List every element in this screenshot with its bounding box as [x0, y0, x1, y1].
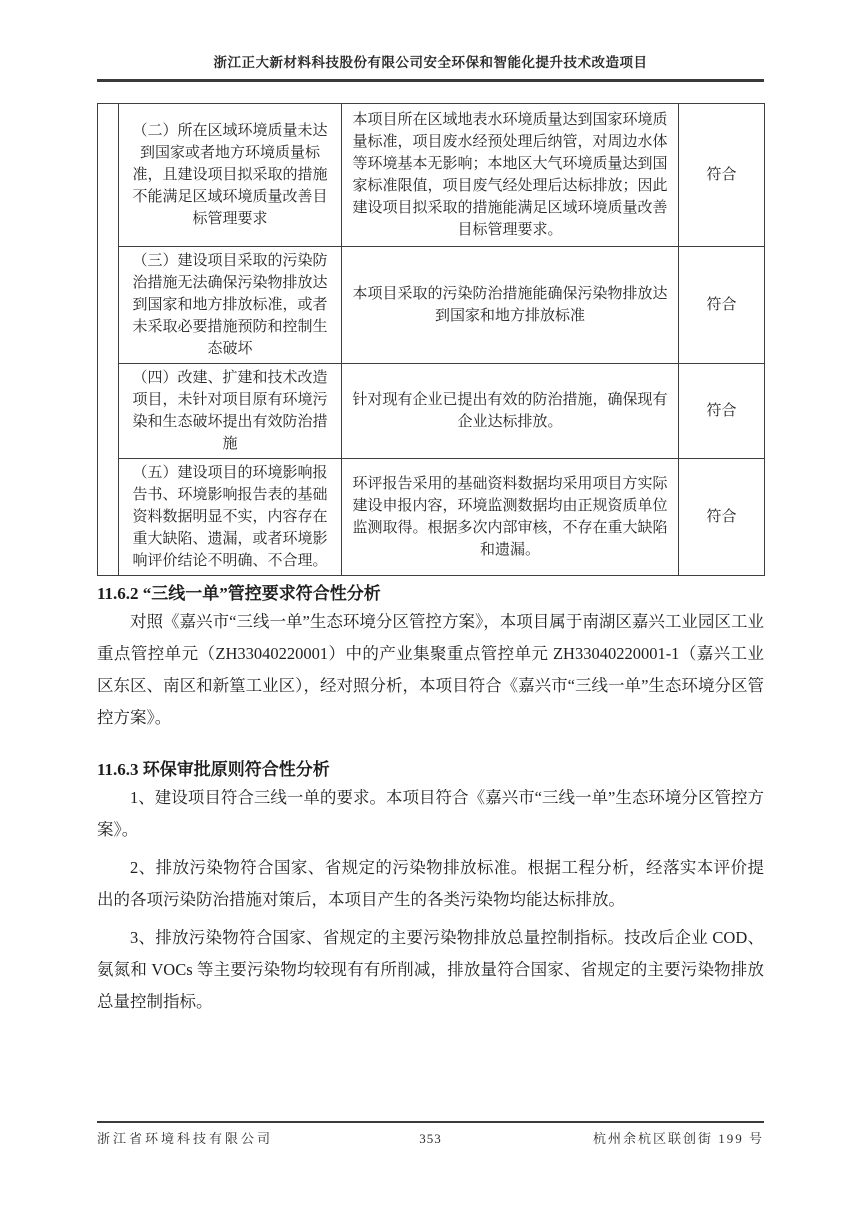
compliance-table: （二）所在区域环境质量未达到国家或者地方环境质量标准，且建设项目拟采取的措施不能… [97, 103, 765, 576]
continuation-cell [98, 104, 119, 576]
result-cell: 符合 [679, 364, 765, 459]
header-title: 浙江正大新材料科技股份有限公司安全环保和智能化提升技术改造项目 [97, 51, 764, 71]
footer-rule [97, 1121, 764, 1123]
situation-cell: 本项目采取的污染防治措施能确保污染物排放达到国家和地方排放标准 [342, 247, 679, 364]
document-page: 浙江正大新材料科技股份有限公司安全环保和智能化提升技术改造项目 （二）所在区域环… [0, 0, 860, 1216]
page-footer: 浙江省环境科技有限公司 353 杭州余杭区联创街 199 号 [97, 1128, 764, 1147]
paragraph-item-1: 1、建设项目符合三线一单的要求。本项目符合《嘉兴市“三线一单”生态环境分区管控方… [97, 782, 764, 846]
situation-cell: 本项目所在区域地表水环境质量达到国家环境质量标准，项目废水经预处理后纳管，对周边… [342, 104, 679, 247]
table-row: （三）建设项目采取的污染防治措施无法确保污染物排放达到国家和地方排放标准，或者未… [98, 247, 765, 364]
table-row: （五）建设项目的环境影响报告书、环境影响报告表的基础资料数据明显不实，内容存在重… [98, 459, 765, 576]
result-cell: 符合 [679, 247, 765, 364]
situation-cell: 环评报告采用的基础资料数据均采用项目方实际建设申报内容，环境监测数据均由正规资质… [342, 459, 679, 576]
footer-company: 浙江省环境科技有限公司 [97, 1128, 419, 1147]
condition-cell: （五）建设项目的环境影响报告书、环境影响报告表的基础资料数据明显不实，内容存在重… [119, 459, 342, 576]
section-heading-11-6-3: 11.6.3 环保审批原则符合性分析 [97, 758, 764, 782]
document-body: 11.6.2 “三线一单”管控要求符合性分析 对照《嘉兴市“三线一单”生态环境分… [97, 568, 764, 1018]
header-rule [97, 79, 764, 82]
result-cell: 符合 [679, 459, 765, 576]
situation-cell: 针对现有企业已提出有效的防治措施，确保现有企业达标排放。 [342, 364, 679, 459]
condition-cell: （四）改建、扩建和技术改造项目，未针对项目原有环境污染和生态破坏提出有效防治措施 [119, 364, 342, 459]
condition-cell: （二）所在区域环境质量未达到国家或者地方环境质量标准，且建设项目拟采取的措施不能… [119, 104, 342, 247]
footer-address: 杭州余杭区联创街 199 号 [442, 1128, 764, 1147]
table-row: （二）所在区域环境质量未达到国家或者地方环境质量标准，且建设项目拟采取的措施不能… [98, 104, 765, 247]
condition-cell: （三）建设项目采取的污染防治措施无法确保污染物排放达到国家和地方排放标准，或者未… [119, 247, 342, 364]
section-heading-11-6-2: 11.6.2 “三线一单”管控要求符合性分析 [97, 582, 764, 606]
table-row: （四）改建、扩建和技术改造项目，未针对项目原有环境污染和生态破坏提出有效防治措施… [98, 364, 765, 459]
paragraph-item-3: 3、排放污染物符合国家、省规定的主要污染物排放总量控制指标。技改后企业 COD、… [97, 922, 764, 1018]
paragraph-three-lines-one-list: 对照《嘉兴市“三线一单”生态环境分区管控方案》，本项目属于南湖区嘉兴工业园区工业… [97, 606, 764, 734]
footer-page-number: 353 [419, 1131, 442, 1147]
result-cell: 符合 [679, 104, 765, 247]
paragraph-item-2: 2、排放污染物符合国家、省规定的污染物排放标准。根据工程分析，经落实本评价提出的… [97, 852, 764, 916]
